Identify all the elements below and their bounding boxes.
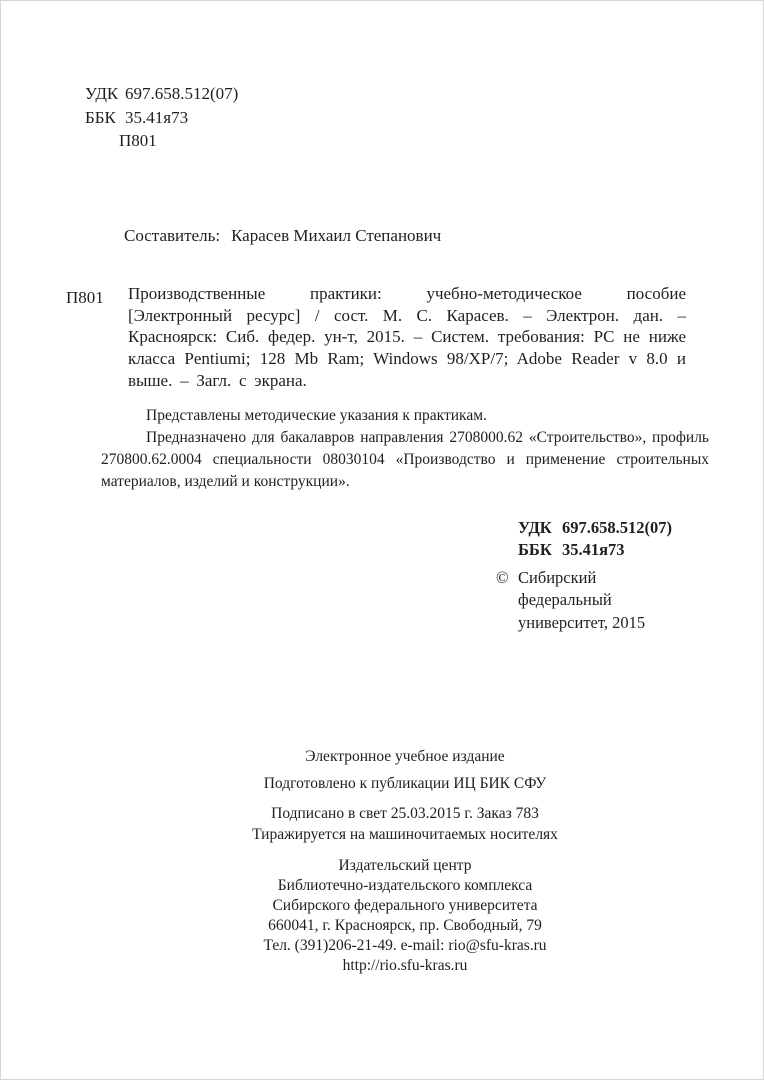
publisher-address-block: Издательский центр Библиотечно-издательс… [101,856,709,976]
udc-label-right: УДК [518,517,562,539]
bbk-label-right: ББК [518,539,562,561]
print-release-info: Подписано в свет 25.03.2015 г. Заказ 783… [101,804,709,845]
signed-for-release-line: Подписано в свет 25.03.2015 г. Заказ 783 [101,804,709,825]
publisher-line: Библиотечно-издательского комплекса [101,876,709,896]
annotation-block: Представлены методические указания к пра… [101,405,709,493]
author-sign-row: П801 [85,129,238,153]
author-sign: П801 [119,131,157,150]
top-classification-codes: УДК697.658.512(07) ББК35.41я73 П801 [85,82,238,153]
bbk-label: ББК [85,106,125,130]
copyright-notice: © Сибирский федеральный университет, 201… [496,567,645,634]
bbk-value-right: 35.41я73 [562,540,625,559]
publisher-website-line: http://rio.sfu-kras.ru [101,956,709,976]
copyright-line: Сибирский [518,567,645,589]
copyright-holder: Сибирский федеральный университет, 2015 [518,567,645,634]
udc-value: 697.658.512(07) [125,84,238,103]
bbk-value: 35.41я73 [125,108,188,127]
compiler-label: Составитель: [124,226,220,245]
compiler-name: Карасев Михаил Степанович [231,226,441,245]
udc-label: УДК [85,82,125,106]
right-classification-codes: УДК697.658.512(07) ББК35.41я73 [518,517,672,560]
publisher-contact-line: Тел. (391)206-21-49. e-mail: rio@sfu-kra… [101,936,709,956]
udc-code-row-right: УДК697.658.512(07) [518,517,672,539]
edition-type-line: Электронное учебное издание [101,748,709,766]
annotation-line-2: Предназначено для бакалавров направления… [101,427,709,493]
media-distribution-line: Тиражируется на машиночитаемых носителях [101,825,709,846]
copyright-line: университет, 2015 [518,612,645,634]
compiler-line: Составитель:Карасев Михаил Степанович [124,226,441,246]
copyright-line: федеральный [518,589,645,611]
bbk-code-row: ББК35.41я73 [85,106,238,130]
prepared-by-line: Подготовлено к публикации ИЦ БИК СФУ [101,775,709,793]
bbk-code-row-right: ББК35.41я73 [518,539,672,561]
document-page: УДК697.658.512(07) ББК35.41я73 П801 Сост… [0,0,764,1080]
annotation-line-1: Представлены методические указания к пра… [101,405,709,427]
publisher-address-line: 660041, г. Красноярск, пр. Свободный, 79 [101,916,709,936]
copyright-symbol: © [496,567,518,634]
bib-author-sign: П801 [66,288,104,308]
publisher-line: Издательский центр [101,856,709,876]
bibliographic-description: Производственные практики: учебно-методи… [128,283,686,392]
udc-code-row: УДК697.658.512(07) [85,82,238,106]
udc-value-right: 697.658.512(07) [562,518,672,537]
publisher-line: Сибирского федерального университета [101,896,709,916]
